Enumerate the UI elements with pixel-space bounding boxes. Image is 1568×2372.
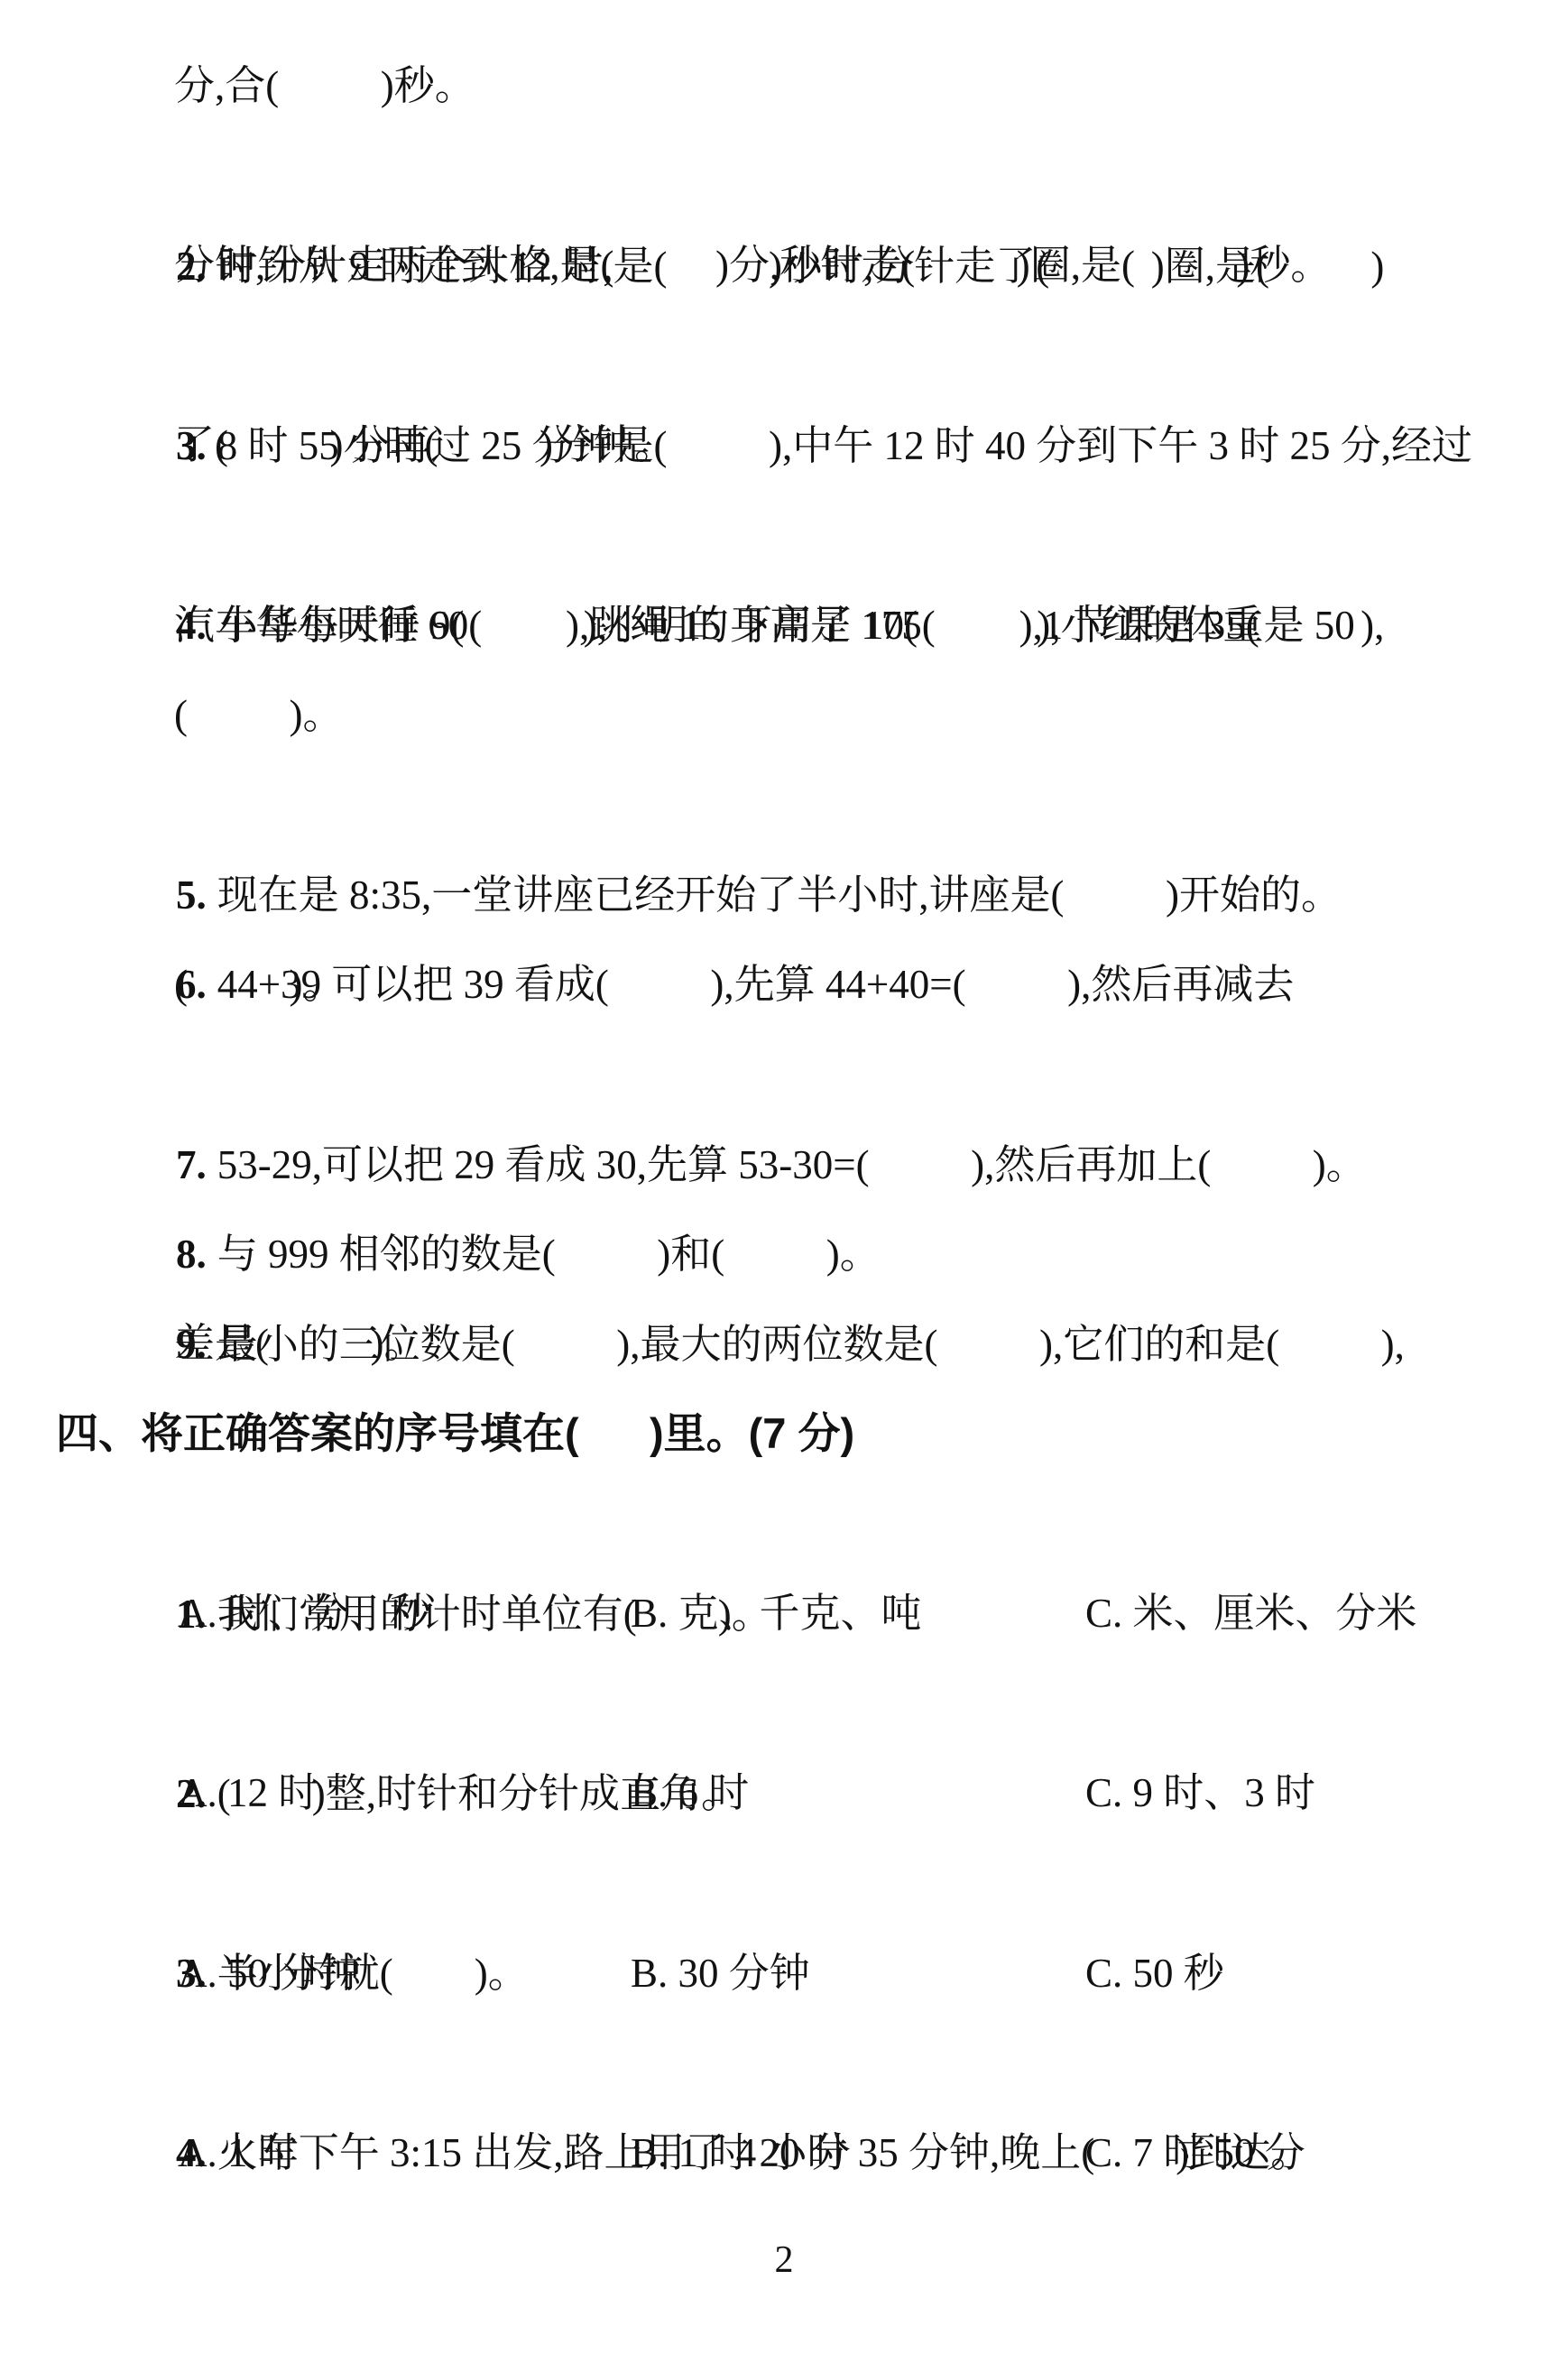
choice-q3-line: 3.半小时就( )。: [0, 1838, 1568, 1928]
fill-q3-line1: 3.8 时 55 分再过 25 分钟是( ),中午 12 时 40 分到下午 3…: [0, 310, 1568, 401]
worksheet-page: 分,合( )秒。 2.时针从 9 时走到 12 时,是( )小时,分针走了( )…: [0, 0, 1568, 2372]
fill-q4-line2: 汽车每小时行 60( ),小明的身高是 175( ),小红的体重是 50: [0, 580, 1568, 670]
fill-q2-line2: 分钟,分针走两个大格,是( )分,秒针走( )圈,是( )秒。: [0, 220, 1568, 310]
choice-q1-option-a: A. 时、分、秒: [178, 1568, 430, 1658]
choice-section-heading: 四、将正确答案的序号填在( )里。(7 分): [0, 1389, 1568, 1479]
fill-q5-line1: 5.现在是 8:35,一堂讲座已经开始了半小时,讲座是( )开始的。: [0, 760, 1568, 850]
fill-q8-line1: 8.与 999 相邻的数是( )和( )。: [0, 1119, 1568, 1209]
choice-q1-option-c: C. 米、厘米、分米: [1085, 1568, 1417, 1658]
fill-q7-line1: 7.53-29,可以把 29 看成 30,先算 53-30=( ),然后再加上(…: [0, 1029, 1568, 1120]
fill-q2-line1: 2.时针从 9 时走到 12 时,是( )小时,分针走了( )圈,是( ): [0, 131, 1568, 221]
choice-q3-option-b: B. 30 分钟: [631, 1928, 810, 2018]
fill-q9-line1: 9.最小的三位数是( ),最大的两位数是( ),它们的和是( ),: [0, 1209, 1568, 1299]
choice-q4-option-c: C. 7 时 50 分: [1085, 2108, 1305, 2198]
choice-q1-line: 1.我们常用的计时单位有( )。: [0, 1479, 1568, 1569]
fill-q4-line1: 4.小华每天睡 9( ),跳绳 15 下用了 10( ),1 节课是 35( )…: [0, 490, 1568, 580]
choice-q4-option-a: A. 1 时: [178, 2108, 299, 2198]
page-number: 2: [0, 2215, 1568, 2305]
choice-q3-option-a: A. 50 分钟: [178, 1928, 359, 2018]
choice-q3-options-row: A. 50 分钟 B. 30 分钟 C. 50 秒: [0, 1928, 1568, 2018]
choice-q4-line: 4.火车下午 3:15 出发,路上用了 4 小时 35 分钟,晚上( )到达。: [0, 2017, 1568, 2108]
choice-q2-options-row: A. 12 时 B. 6 时 C. 9 时、3 时: [0, 1748, 1568, 1838]
choice-q4-option-b: B. 1 时 20 分: [631, 2108, 851, 2198]
choice-q1-options-row: A. 时、分、秒 B. 克、千克、吨 C. 米、厘米、分米: [0, 1568, 1568, 1658]
choice-q4-options-row: A. 1 时 B. 1 时 20 分 C. 7 时 50 分: [0, 2108, 1568, 2198]
choice-q1-option-b: B. 克、千克、吨: [631, 1568, 922, 1658]
choice-q2-line: 2.( )整,时针和分针成直角。: [0, 1658, 1568, 1749]
fill-q3-line2: 了( )小时( )分钟。: [0, 400, 1568, 490]
fill-q4-line3: ( )。: [0, 669, 1568, 760]
choice-q3-option-c: C. 50 秒: [1085, 1928, 1224, 2018]
fill-q1-tail-line: 分,合( )秒。: [0, 41, 1568, 131]
fill-q6-line2: ( )。: [0, 939, 1568, 1029]
fill-q6-line1: 6.44+39 可以把 39 看成( ),先算 44+40=( ),然后再减去: [0, 849, 1568, 939]
choice-q2-option-b: B. 6 时: [631, 1748, 749, 1838]
choice-q2-option-a: A. 12 时: [178, 1748, 318, 1838]
fill-q9-line2: 差是( )。: [0, 1298, 1568, 1389]
choice-q2-option-c: C. 9 时、3 时: [1085, 1748, 1315, 1838]
